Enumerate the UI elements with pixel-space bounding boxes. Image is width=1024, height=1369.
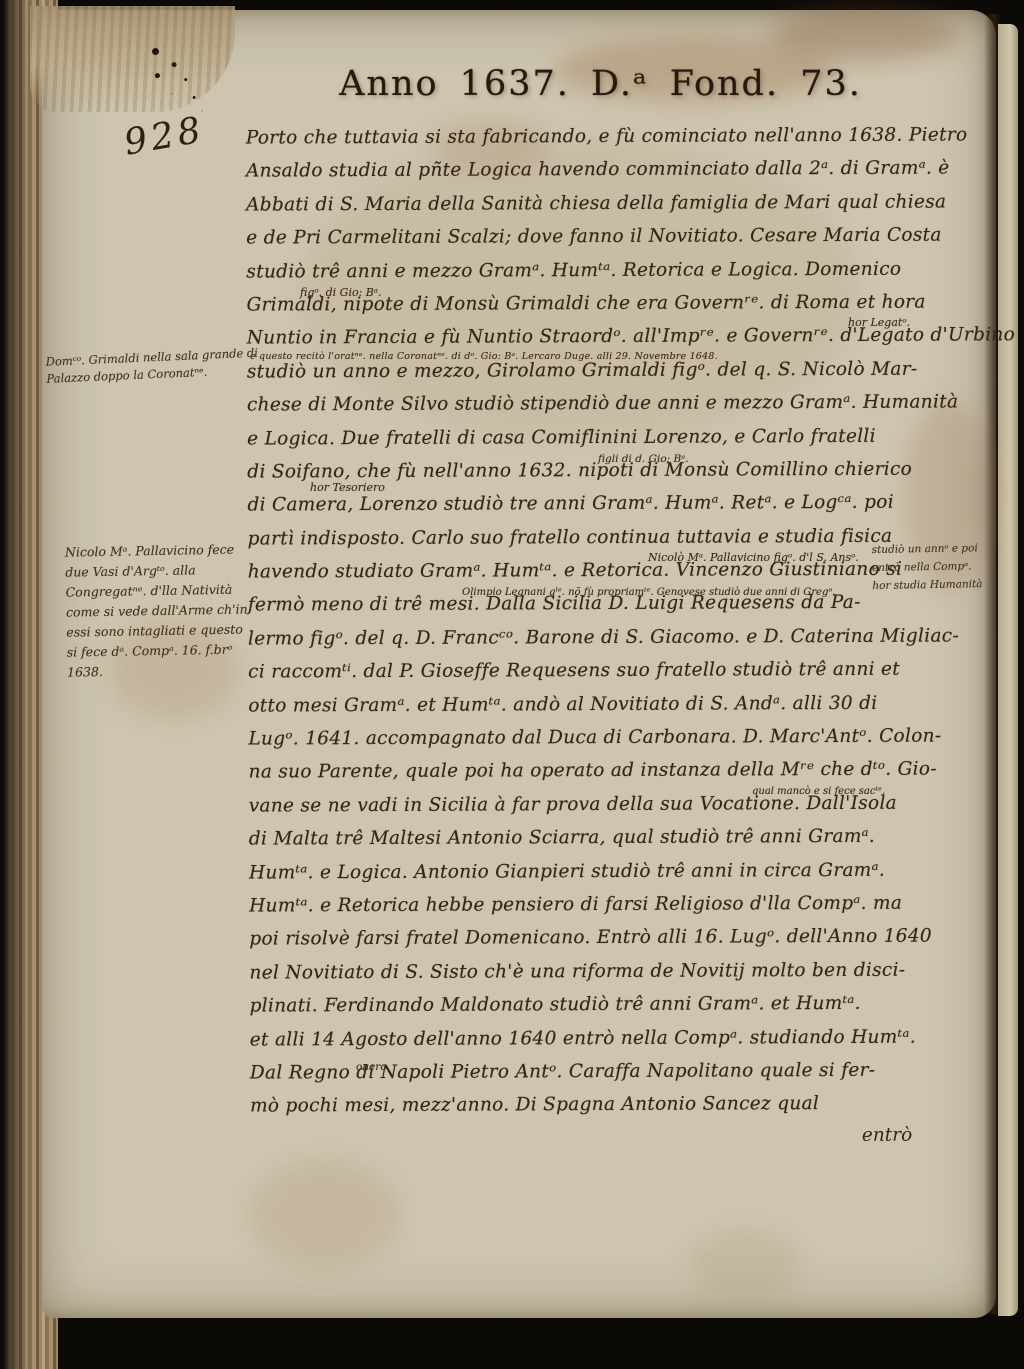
manuscript-line: na suo Parente, quale poi ha operato ad … [249,753,959,789]
manuscript-line: e Logica. Due fratelli di casa Comiflini… [247,419,957,455]
manuscript-line: di Malta trê Maltesi Antonio Sciarra, qu… [249,820,959,856]
interlinear-note: ouero [356,1061,387,1073]
manuscript-line: e de Pri Carmelitani Scalzi; dove fanno … [246,219,956,255]
manuscript-line: otto mesi Gramᵃ. et Humᵗᵃ. andò al Novit… [248,686,958,722]
interlinear-note: e questo recitò l'oratⁿᵉ. nella Coronatⁿ… [250,351,718,362]
interlinear-note: qual mancò e si fece sacᵗᵉ. [752,786,885,797]
paper-stain [690,1230,800,1300]
manuscript-line: ci raccomᵗⁱ. dal P. Gioseffe Requesens s… [248,653,958,689]
paper-stain [250,1160,400,1270]
paper-stain [770,8,960,60]
manuscript-line: poi risolvè farsi fratel Domenicano. Ent… [249,920,959,956]
interlinear-note: figᵒ. di Gio: Bᵃ. [300,286,382,299]
page-header-title: Anno 1637. D.ᵃ Fond. 73. [248,64,953,104]
manuscript-line: Abbati di S. Maria della Sanità chiesa d… [246,185,956,221]
catchword: entrò [250,1120,960,1153]
manuscript-line: mò pochi mesi, mezz'anno. Di Spagna Anto… [250,1087,960,1123]
interlinear-note: Nicolò Mᵃ. Pallavicino figᵒ. d'l S. Ansᵒ… [648,551,859,564]
interlinear-note: hor Tesoriero [310,481,385,494]
manuscript-line: chese di Monte Silvo studiò stipendiò du… [247,386,957,422]
manuscript-text-block: Porto che tuttavia si sta fabricando, e … [246,118,960,1153]
interlinear-note: hor Legatᵒ. [848,316,910,329]
manuscript-line: lermo figᵒ. del q. D. Francᶜᵒ. Barone di… [248,619,958,655]
manuscript-line: Humᵗᵃ. e Logica. Antonio Gianpieri studi… [249,853,959,889]
manuscript-line: et alli 14 Agosto dell'anno 1640 entrò n… [250,1020,960,1056]
interlinear-note: Olimpio Legnani qˡᵉ. nõ fù propriamᵗᵉ. G… [462,587,835,598]
manuscript-line: studiò trê anni e mezzo Gramᵃ. Humᵗᵃ. Re… [246,252,956,288]
margin-note-right-giustiniano: studiò un annᵒ e poi entrò nella Compᵃ. … [872,540,993,596]
manuscript-line: Porto che tuttavia si sta fabricando, e … [246,118,956,154]
manuscript-line: Lugᵒ. 1641. accompagnato dal Duca di Car… [248,719,958,755]
interlinear-note: figli di d. Gio: Bᵃ. [598,453,689,465]
manuscript-line: plinati. Ferdinando Maldonato studiò trê… [250,987,960,1023]
manuscript-scan: Anno 1637. D.ᵃ Fond. 73. 928 Porto che t… [0,0,1024,1369]
next-page-edge [998,24,1018,1316]
margin-note-left-pallavicino: Nicolo Mᵃ. Pallavicino fece due Vasi d'A… [65,539,252,682]
manuscript-line: Ansaldo studia al pñte Logica havendo co… [246,152,956,188]
manuscript-line: nel Novitiato di S. Sisto ch'è una rifor… [249,953,959,989]
manuscript-line: Humᵗᵃ. e Retorica hebbe pensiero di fars… [249,886,959,922]
